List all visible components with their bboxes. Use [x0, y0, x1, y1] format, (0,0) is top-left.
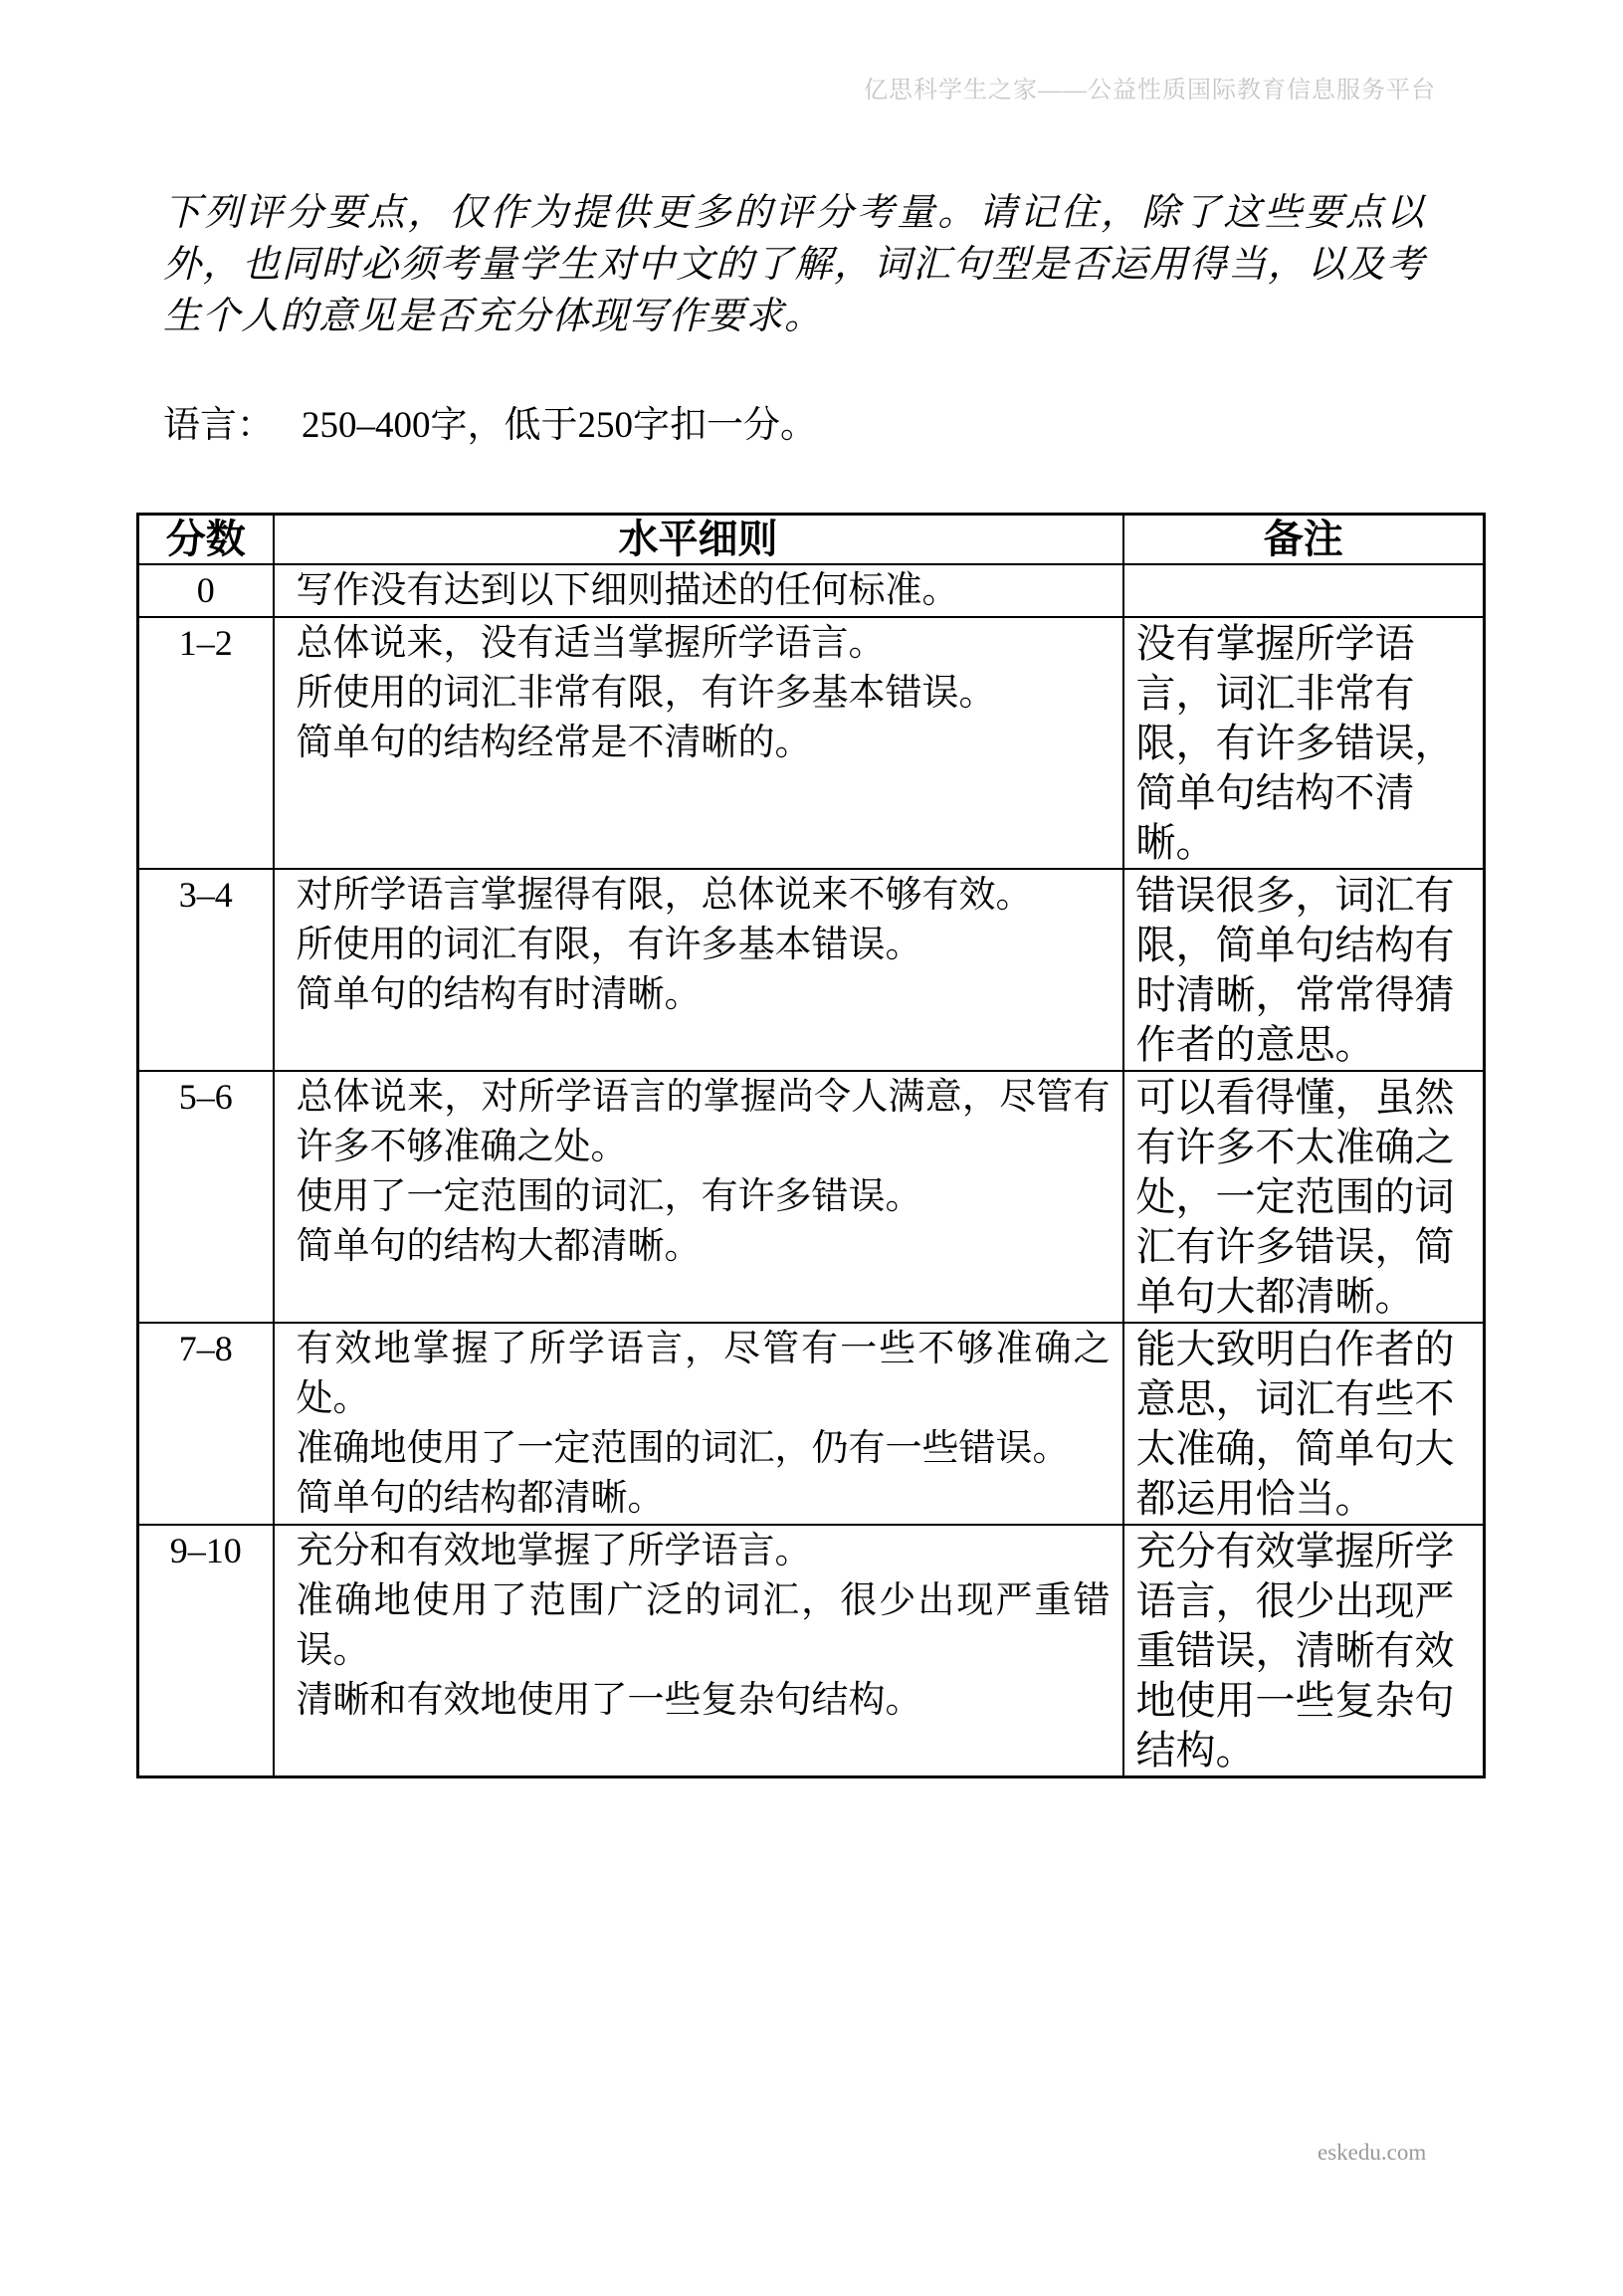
criteria-line: 准确地使用了一定范围的词汇，仍有一些错误。: [297, 1424, 1111, 1474]
remarks-cell: 错误很多，词汇有限，简单句结构有时清晰，常常得猜作者的意思。: [1123, 869, 1485, 1071]
criteria-cell: 充分和有效地掌握了所学语言。准确地使用了范围广泛的词汇，很少出现严重错误。清晰和…: [274, 1525, 1123, 1777]
table-row: 0写作没有达到以下细则描述的任何标准。: [138, 564, 1485, 617]
score-cell: 7–8: [138, 1323, 274, 1525]
remarks-cell: 没有掌握所学语言，词汇非常有限，有许多错误，简单句结构不清晰。: [1123, 617, 1485, 869]
language-rule-text: 250–400字，低于250字扣一分。: [302, 405, 817, 446]
criteria-cell: 总体说来，没有适当掌握所学语言。所使用的词汇非常有限，有许多基本错误。简单句的结…: [274, 617, 1123, 869]
table-row: 7–8有效地掌握了所学语言，尽管有一些不够准确之处。准确地使用了一定范围的词汇，…: [138, 1323, 1485, 1525]
language-label: 语言：: [163, 405, 274, 446]
criteria-line: 对所学语言掌握得有限，总体说来不够有效。: [297, 871, 1111, 921]
site-watermark: 亿思科学生之家——公益性质国际教育信息服务平台: [864, 70, 1436, 104]
scoring-rubric-table: 分数 水平细则 备注 0写作没有达到以下细则描述的任何标准。1–2总体说来，没有…: [136, 513, 1486, 1778]
footer-site-url: eskedu.com: [1318, 2140, 1426, 2166]
table-row: 3–4对所学语言掌握得有限，总体说来不够有效。所使用的词汇有限，有许多基本错误。…: [138, 869, 1485, 1071]
remarks-cell: 能大致明白作者的意思，词汇有些不太准确，简单句大都运用恰当。: [1123, 1323, 1485, 1525]
score-cell: 3–4: [138, 869, 274, 1071]
criteria-line: 简单句的结构经常是不清晰的。: [297, 719, 1111, 768]
remarks-cell: 可以看得懂，虽然有许多不太准确之处，一定范围的词汇有许多错误，简单句大都清晰。: [1123, 1071, 1485, 1323]
criteria-line: 简单句的结构大都清晰。: [297, 1222, 1111, 1272]
table-header-row: 分数 水平细则 备注: [138, 515, 1485, 564]
criteria-cell: 总体说来，对所学语言的掌握尚令人满意，尽管有许多不够准确之处。使用了一定范围的词…: [274, 1071, 1123, 1323]
score-cell: 5–6: [138, 1071, 274, 1323]
language-requirement-line: 语言：250–400字，低于250字扣一分。: [163, 394, 817, 448]
column-header-remarks: 备注: [1123, 515, 1485, 564]
table-row: 9–10充分和有效地掌握了所学语言。准确地使用了范围广泛的词汇，很少出现严重错误…: [138, 1525, 1485, 1777]
table-row: 5–6总体说来，对所学语言的掌握尚令人满意，尽管有许多不够准确之处。使用了一定范…: [138, 1071, 1485, 1323]
score-cell: 9–10: [138, 1525, 274, 1777]
criteria-line: 总体说来，没有适当掌握所学语言。: [297, 619, 1111, 669]
criteria-cell: 对所学语言掌握得有限，总体说来不够有效。所使用的词汇有限，有许多基本错误。简单句…: [274, 869, 1123, 1071]
criteria-cell: 有效地掌握了所学语言，尽管有一些不够准确之处。准确地使用了一定范围的词汇，仍有一…: [274, 1323, 1123, 1525]
criteria-line: 准确地使用了范围广泛的词汇，很少出现严重错误。: [297, 1576, 1111, 1676]
score-cell: 0: [138, 564, 274, 617]
scoring-table-body: 0写作没有达到以下细则描述的任何标准。1–2总体说来，没有适当掌握所学语言。所使…: [138, 564, 1485, 1777]
criteria-line: 写作没有达到以下细则描述的任何标准。: [297, 566, 1111, 616]
table-row: 1–2总体说来，没有适当掌握所学语言。所使用的词汇非常有限，有许多基本错误。简单…: [138, 617, 1485, 869]
score-cell: 1–2: [138, 617, 274, 869]
column-header-criteria: 水平细则: [274, 515, 1123, 564]
criteria-line: 简单句的结构有时清晰。: [297, 970, 1111, 1020]
intro-paragraph: 下列评分要点，仅作为提供更多的评分考量。请记住，除了这些要点以外，也同时必须考量…: [163, 187, 1425, 342]
criteria-line: 充分和有效地掌握了所学语言。: [297, 1527, 1111, 1576]
criteria-line: 简单句的结构都清晰。: [297, 1474, 1111, 1524]
criteria-cell: 写作没有达到以下细则描述的任何标准。: [274, 564, 1123, 617]
criteria-line: 使用了一定范围的词汇，有许多错误。: [297, 1172, 1111, 1222]
criteria-line: 总体说来，对所学语言的掌握尚令人满意，尽管有许多不够准确之处。: [297, 1073, 1111, 1172]
criteria-line: 所使用的词汇非常有限，有许多基本错误。: [297, 669, 1111, 719]
criteria-line: 有效地掌握了所学语言，尽管有一些不够准确之处。: [297, 1325, 1111, 1424]
remarks-cell: [1123, 564, 1485, 617]
criteria-line: 所使用的词汇有限，有许多基本错误。: [297, 921, 1111, 970]
remarks-cell: 充分有效掌握所学语言，很少出现严重错误，清晰有效地使用一些复杂句结构。: [1123, 1525, 1485, 1777]
column-header-score: 分数: [138, 515, 274, 564]
criteria-line: 清晰和有效地使用了一些复杂句结构。: [297, 1676, 1111, 1726]
